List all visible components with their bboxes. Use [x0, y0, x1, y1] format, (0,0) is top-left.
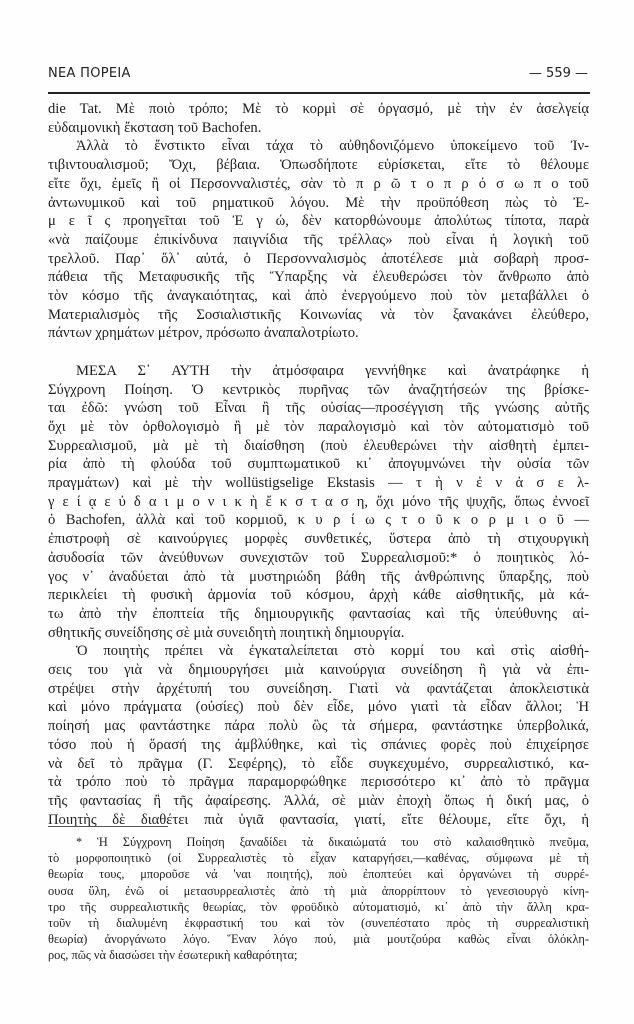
opening-paragraphs: die Tat. Μὲ ποιὸ τρόπο; Μὲ τὸ κορμὶ σὲ ὀ…: [48, 100, 589, 343]
running-title: ΝΕΑ ΠΟΡΕΙΑ: [48, 66, 131, 81]
footnote: * Ἡ Σύγχρονη Ποίηση ξαναδίδει τὰ δικαιώμ…: [48, 834, 589, 964]
text-line: στρέψει στὴν ἀρχέτυπή του συνείδηση. Για…: [48, 680, 589, 699]
text-line: ΜΕΣΑ Σ᾽ ΑΥΤΗ τὴν ἀτμόσφαιρα γεννήθηκε κα…: [48, 362, 589, 381]
book-page: ΝΕΑ ΠΟΡΕΙΑ — 559 — die Tat. Μὲ ποιὸ τρόπ…: [0, 0, 634, 1024]
text-line: Ματεριαλισμὸς τῆς Σοσιαλιστικῆς Κοινωνία…: [48, 306, 589, 325]
text-line: καὶ μόνο πράγματα (οὐσίες) ποὺ δὲν εἶδε,…: [48, 698, 589, 717]
text-line: τὰ τρόπο ποὺ τὸ πρᾶγμα παραμορφώθηκε περ…: [48, 773, 589, 792]
text-line: ται ἐδῶ: γνώση τοῦ Εἶναι ἢ τῆς οὐσίας—πρ…: [48, 399, 589, 418]
text-line: τιβιντουαλισμοῦ; Ὄχι, βέβαια. Ὁπωσδήποτε…: [48, 156, 589, 175]
text-line: ἐπιστροφὴ σὲ καινούργιες μορφὲς συνθετικ…: [48, 530, 589, 549]
text-line: τρελλοῦ. Παρ᾽ ὅλ᾽ αὐτά, ὁ Περσονναλισμὸς…: [48, 250, 589, 269]
footnote-rule: [48, 826, 168, 827]
text-line: ρος, πῶς νὰ διασώσει τὴν ἐσωτερικὴ καθαρ…: [48, 947, 589, 963]
text-line: ἀσυδοσία τῶν ἀνεύθυνων συνεχιστῶν τοῦ Συ…: [48, 549, 589, 568]
text-line: τω ἀπὸ τὴν ἐποπτεία τῆς δημιουργικῆς φαν…: [48, 605, 589, 624]
page-header: ΝΕΑ ΠΟΡΕΙΑ — 559 —: [48, 66, 588, 86]
text-line: τὸ μορφοποιητικὸ (οἱ Συρρεαλιστὲς τὸ εἶχ…: [48, 850, 589, 866]
text-line: Σύγχρονη Ποίηση. Ὁ κεντρικὸς πυρῆνας τῶν…: [48, 381, 589, 400]
text-line: σεις του γιὰ νὰ δημιουργήσει μιὰ καινούρ…: [48, 661, 589, 680]
text-line: εἴτε ὄχι, ἐμεῖς ἢ οἱ Περσονναλιστές, σὰν…: [48, 175, 589, 194]
text-line: πάντων χρημάτων μέτρον, πρόσωπο ἀναπαλοτ…: [48, 324, 589, 343]
text-line: περικλείει τὴ φυσικὴ ἁρμονία τοῦ κόσμου,…: [48, 586, 589, 605]
text-line: θεωρία τους, μποροῦσε νά 'ναι ποιητής), …: [48, 866, 589, 882]
body-text: die Tat. Μὲ ποιὸ τρόπο; Μὲ τὸ κορμὶ σὲ ὀ…: [48, 100, 589, 829]
text-line: μ ε ῖ ς προηγεῖται τοῦ Ἐ γ ώ, δὲν κατορθ…: [48, 212, 589, 231]
text-line: Ἀλλὰ τὸ ἔνστικτο εἶναι τάχα τὸ αὐθηδονιζ…: [48, 137, 589, 156]
text-line: ουσα ὕλη, ἐνῶ οἱ μετασυρρεαλιστὲς ἀπὸ τὴ…: [48, 883, 589, 899]
text-line: τοῦν τὴ διαλυμένη ἐκφραστική του καὶ τὸν…: [48, 915, 589, 931]
text-line: τὸν κόσμο τῆς ἀναγκαιότητας, καὶ ἀπὸ ἐνε…: [48, 287, 589, 306]
text-line: * Ἡ Σύγχρονη Ποίηση ξαναδίδει τὰ δικαιώμ…: [48, 834, 589, 850]
text-line: σθητικῆς συνείδησης σὲ μιὰ συνειδητὴ ποι…: [48, 624, 589, 643]
text-line: πάθεια τῆς Μεταφυσικῆς τῆς Ὕπαρξης νὰ ἐλ…: [48, 268, 589, 287]
text-line: τῆς φαντασίας ἢ τῆς ἀφαίρεσης. Ἀλλά, σὲ …: [48, 792, 589, 811]
text-line: ὄχι μὲ τὸν ὀρθολογισμὸ ἢ μὲ τὸν παραλογι…: [48, 418, 589, 437]
text-line: Ὁ ποιητὴς πρέπει νὰ ἐγκαταλείπεται στὸ κ…: [48, 642, 589, 661]
page-number: — 559 —: [529, 66, 588, 81]
text-line: «νὰ παίζουμε ἐπικίνδυνα παιγνίδια τῆς τρ…: [48, 231, 589, 250]
text-line: die Tat. Μὲ ποιὸ τρόπο; Μὲ τὸ κορμὶ σὲ ὀ…: [48, 100, 589, 119]
text-line: Συρρεαλισμοῦ, μὰ μὲ τὴ διαίσθηση (ποὺ ἐλ…: [48, 437, 589, 456]
text-line: γος ν᾽ ἀναδύεται ἀπὸ τὰ μυστηριώδη βάθη …: [48, 568, 589, 587]
text-line: πραγμάτων) καὶ μὲ τὴν wollüstigselige Ek…: [48, 474, 589, 493]
section-paragraphs: ΜΕΣΑ Σ᾽ ΑΥΤΗ τὴν ἀτμόσφαιρα γεννήθηκε κα…: [48, 362, 589, 830]
text-line: τόσο ποὺ ἡ ὅρασή της ἀμβλύθηκε, καὶ τὶς …: [48, 736, 589, 755]
text-line: ὁ Bachofen, ἀλλὰ καὶ τοῦ κορμιοῦ, κ υ ρ …: [48, 511, 589, 530]
text-line: θεωρία) ἀνοργάνωτο λόγο. Ἕναν λόγο πού, …: [48, 931, 589, 947]
header-rule: [48, 92, 590, 94]
text-line: γ ε ί ᾳ ε ὐ δ α ι μ ο ν ι κ ὴ ἔ κ σ τ α …: [48, 493, 589, 512]
text-line: νὰ δεῖ τὸ πρᾶγμα (Γ. Σεφέρης), τὸ εἶδε σ…: [48, 755, 589, 774]
text-line: εὐδαιμονικὴ ἔκσταση τοῦ Bachofen.: [48, 119, 589, 138]
text-line: ρία ἀπὸ τὴ φλούδα τοῦ συμπτωματικοῦ κι᾽ …: [48, 455, 589, 474]
text-line: ποίησή μας φαντάστηκε πάρα πολὺ ὣς τὰ σή…: [48, 717, 589, 736]
text-line: τρο τῆς συρρεαλιστικῆς θεωρίας, τὸν φροϋ…: [48, 899, 589, 915]
text-line: ἀντωνυμικοῦ καὶ τοῦ ρηματικοῦ λόγου. Μὲ …: [48, 194, 589, 213]
